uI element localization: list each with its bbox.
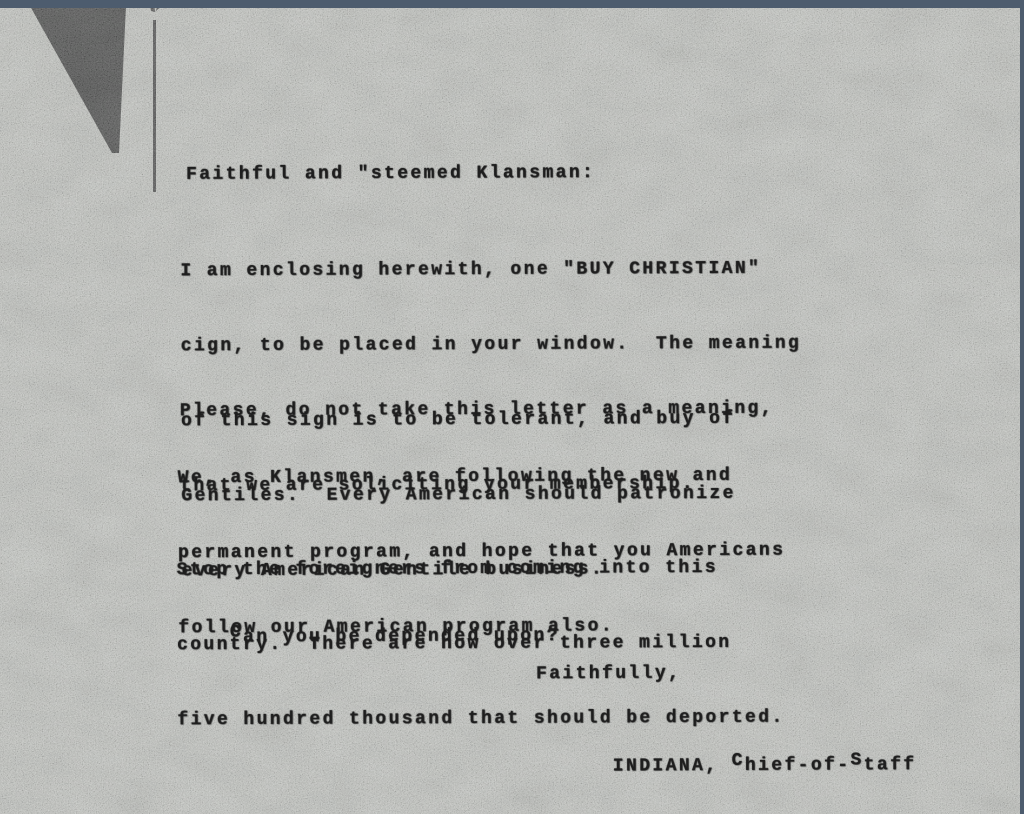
letter-salutation: Faithful and "steemed Klansman: [186,161,595,188]
letter-signature: INDIANA, Chief-of-Staff [560,728,917,805]
letter-line: We, as Klansmen, are following the new a… [178,464,785,492]
letter-line: I am enclosing herewith, one "BUY CHRIST… [180,257,801,285]
letter-question: Can you be depended upon? [177,599,560,676]
raised-letter: C [732,749,745,774]
scanned-letter-page: Faithful and "steemed Klansman: I am enc… [0,0,1024,814]
signature-text: INDIANA, [613,756,732,777]
question-text: an you be depended upon? [243,626,560,647]
letter-closing: Faithfully, [536,662,681,688]
fold-line-artifact [153,20,156,192]
viewer-top-edge-bar [0,0,1024,8]
raised-letter: S [850,748,863,773]
signature-text: taff [864,755,917,775]
raised-letter: C [230,621,243,646]
ink-blot-artifact [0,0,170,175]
letter-line: Stop the foreigners from coming into thi… [177,556,784,584]
signature-text: hief-of- [745,756,851,776]
viewer-right-edge-bar [1020,0,1024,814]
